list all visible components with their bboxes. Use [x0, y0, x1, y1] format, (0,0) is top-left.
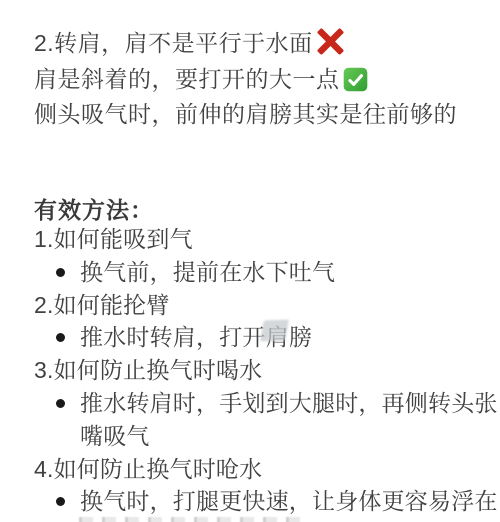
list-item-text: 推水转肩时，手划到大腿时，再侧转头张	[80, 387, 498, 420]
intro-line: 侧头吸气时，前伸的肩膀其实是往前够的	[34, 97, 457, 133]
list-item-text: 2.如何能抡臂	[34, 292, 170, 318]
intro-line: 肩是斜着的，要打开的大一点	[34, 62, 457, 98]
list-item-numbered: 3.如何防止换气时喝水	[34, 354, 500, 387]
intro-line: 2.转肩，肩不是平行于水面	[34, 26, 457, 62]
intro-line-text: 肩是斜着的，要打开的大一点	[34, 66, 340, 92]
list-item-bullet: 推水时转肩，打开肩膀	[34, 321, 500, 354]
list-item-text: 推水时转肩，打开肩膀	[80, 321, 312, 354]
list-item-bullet-continuation: 嘴吸气	[34, 420, 500, 453]
methods-list: 1.如何能吸到气 换气前，提前在水下吐气 2.如何能抡臂 推水时转肩，打开肩膀 …	[34, 223, 500, 518]
list-item-bullet: 换气时，打腿更快速，让身体更容易浮在	[34, 485, 500, 518]
check-mark-icon	[343, 67, 368, 92]
list-item-text: 换气时，打腿更快速，让身体更容易浮在	[80, 485, 498, 518]
list-item-text: 嘴吸气	[80, 420, 150, 453]
intro-line-text: 侧头吸气时，前伸的肩膀其实是往前够的	[34, 101, 457, 127]
cutoff-next-line	[79, 517, 307, 522]
bullet-dot-icon	[56, 497, 65, 506]
note-document: { "page": { "background": "#ffffff", "te…	[0, 0, 500, 522]
list-item-text: 1.如何能吸到气	[34, 226, 193, 252]
bullet-dot-icon	[56, 268, 65, 277]
list-item-bullet: 推水转肩时，手划到大腿时，再侧转头张	[34, 387, 500, 420]
bullet-dot-icon	[56, 333, 65, 342]
list-item-bullet: 换气前，提前在水下吐气	[34, 256, 500, 289]
list-item-text: 4.如何防止换气时呛水	[34, 456, 262, 482]
cross-mark-icon	[316, 27, 345, 56]
list-item-text: 换气前，提前在水下吐气	[80, 256, 335, 289]
bullet-dot-icon	[56, 399, 65, 408]
list-item-numbered: 1.如何能吸到气	[34, 223, 500, 256]
list-item-numbered: 4.如何防止换气时呛水	[34, 453, 500, 486]
list-item-text-pre: 推水时转肩，打开	[80, 324, 266, 350]
intro-paragraph: 2.转肩，肩不是平行于水面 肩是斜着的，要打开的大一点 侧头吸气时，前伸的肩膀其…	[34, 26, 457, 133]
list-item-text-post: 膀	[289, 324, 312, 350]
list-item-text: 3.如何防止换气时喝水	[34, 357, 262, 383]
intro-line-text: 2.转肩，肩不是平行于水面	[34, 30, 313, 56]
list-item-numbered: 2.如何能抡臂	[34, 289, 500, 322]
section-heading: 有效方法：	[34, 192, 154, 225]
smudged-character: 肩	[266, 321, 289, 354]
